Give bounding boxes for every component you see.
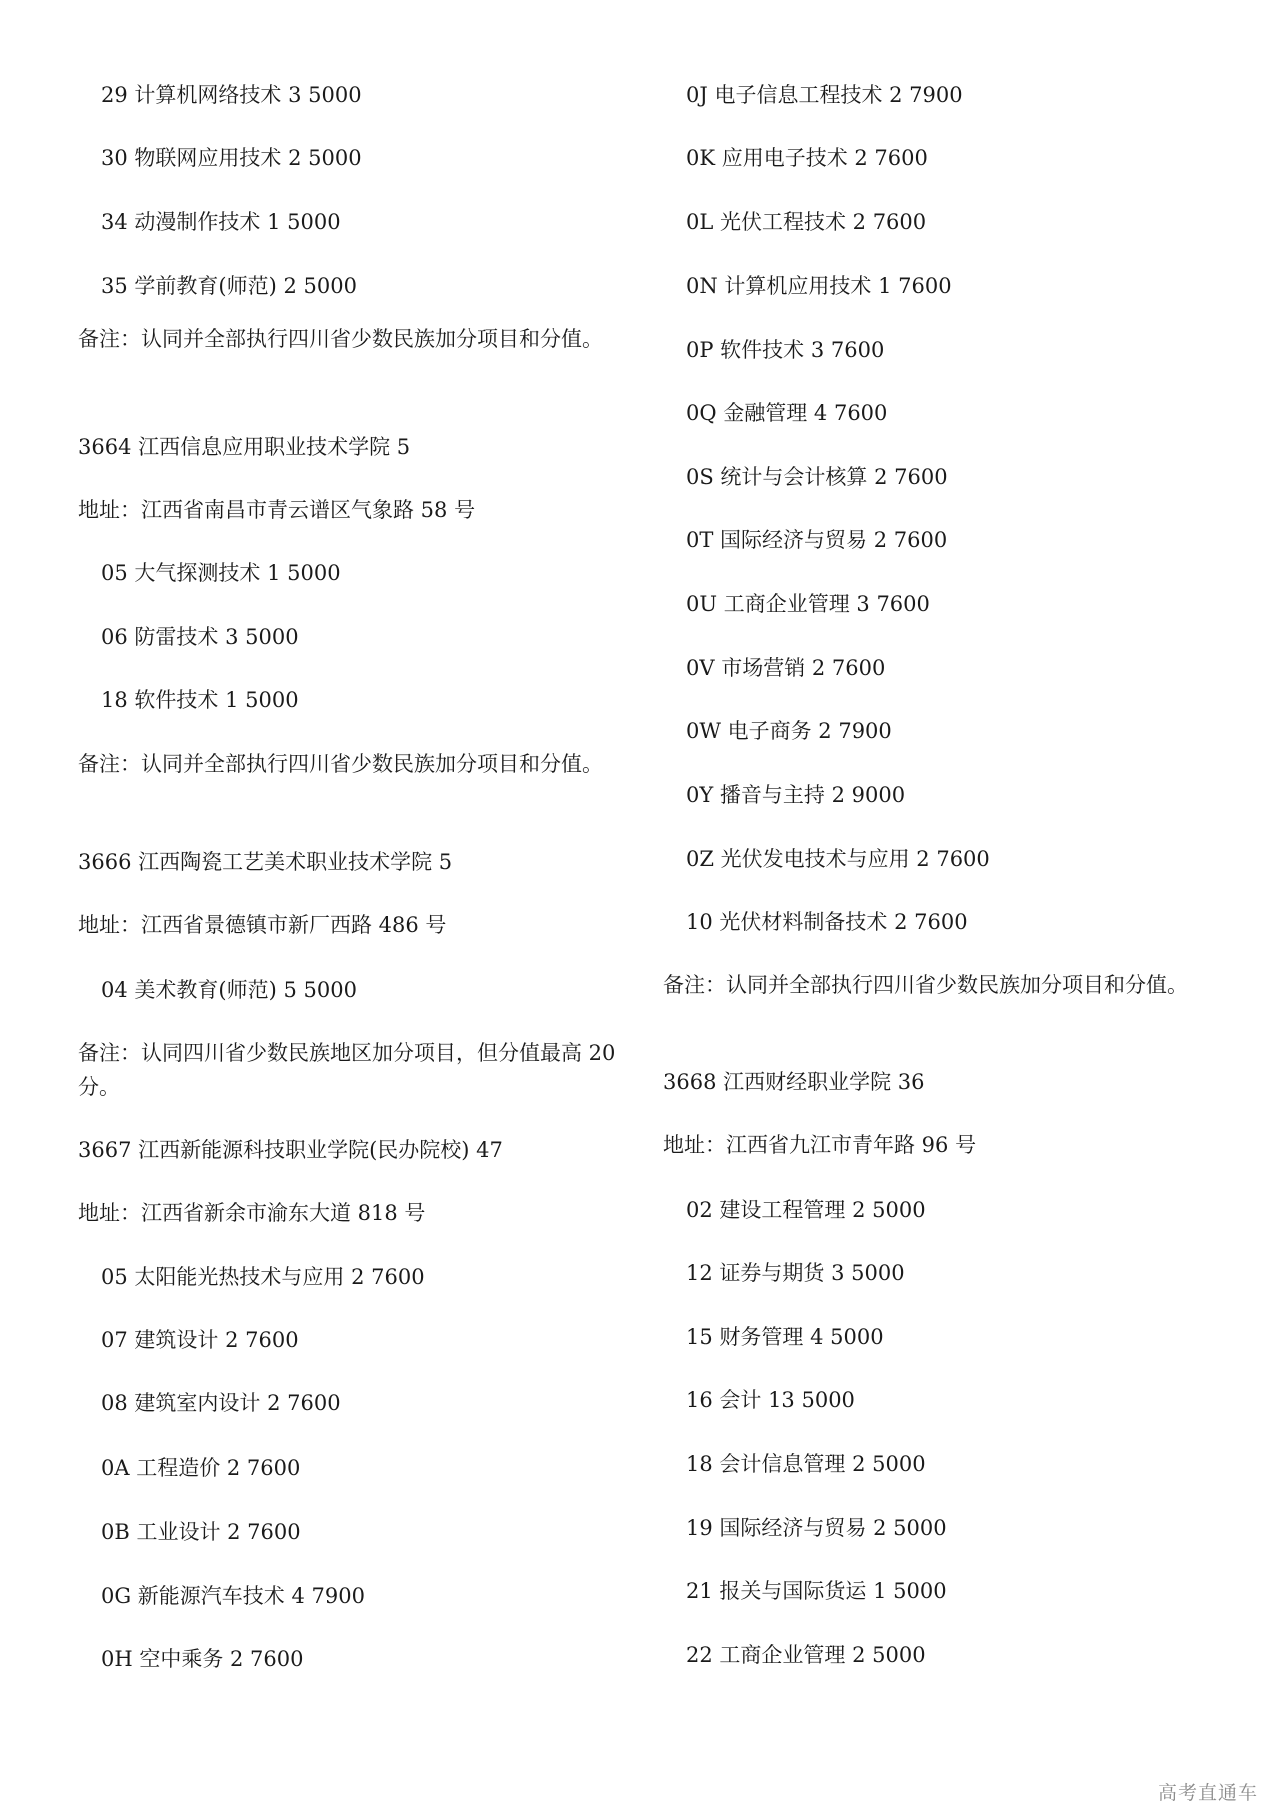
major-entry: 0Z 光伏发电技术与应用 2 7600 — [686, 844, 990, 874]
school-heading: 3664 江西信息应用职业技术学院 5 — [78, 432, 410, 462]
major-entry: 08 建筑室内设计 2 7600 — [101, 1388, 341, 1418]
major-entry: 12 证券与期货 3 5000 — [686, 1258, 905, 1288]
major-entry: 06 防雷技术 3 5000 — [101, 622, 299, 652]
major-entry: 07 建筑设计 2 7600 — [101, 1325, 299, 1355]
major-entry: 0L 光伏工程技术 2 7600 — [686, 207, 926, 237]
school-address: 地址：江西省南昌市青云谱区气象路 58 号 — [78, 495, 475, 525]
major-entry: 05 大气探测技术 1 5000 — [101, 558, 341, 588]
school-address: 地址：江西省新余市渝东大道 818 号 — [78, 1198, 425, 1228]
school-address: 地址：江西省景德镇市新厂西路 486 号 — [78, 910, 446, 940]
major-entry: 02 建设工程管理 2 5000 — [686, 1195, 926, 1225]
remark-note: 备注：认同四川省少数民族地区加分项目，但分值最高 20 分。 — [78, 1036, 623, 1104]
remark-note: 备注：认同并全部执行四川省少数民族加分项目和分值。 — [663, 968, 1208, 1002]
major-entry: 10 光伏材料制备技术 2 7600 — [686, 907, 968, 937]
school-heading: 3667 江西新能源科技职业学院(民办院校) 47 — [78, 1135, 503, 1165]
remark-note: 备注：认同并全部执行四川省少数民族加分项目和分值。 — [78, 747, 623, 781]
major-entry: 21 报关与国际货运 1 5000 — [686, 1576, 947, 1606]
major-entry: 0S 统计与会计核算 2 7600 — [686, 462, 948, 492]
watermark: 高考直通车 — [1158, 1778, 1258, 1805]
major-entry: 0U 工商企业管理 3 7600 — [686, 589, 930, 619]
major-entry: 0P 软件技术 3 7600 — [686, 335, 884, 365]
major-entry: 18 软件技术 1 5000 — [101, 685, 299, 715]
major-entry: 34 动漫制作技术 1 5000 — [101, 207, 341, 237]
major-entry: 0B 工业设计 2 7600 — [101, 1517, 301, 1547]
major-entry: 19 国际经济与贸易 2 5000 — [686, 1513, 947, 1543]
major-entry: 0T 国际经济与贸易 2 7600 — [686, 525, 947, 555]
major-entry: 0V 市场营销 2 7600 — [686, 653, 885, 683]
major-entry: 30 物联网应用技术 2 5000 — [101, 143, 362, 173]
major-entry: 0G 新能源汽车技术 4 7900 — [101, 1581, 365, 1611]
major-entry: 0H 空中乘务 2 7600 — [101, 1644, 304, 1674]
major-entry: 0A 工程造价 2 7600 — [101, 1453, 300, 1483]
school-heading: 3668 江西财经职业学院 36 — [663, 1067, 925, 1097]
major-entry: 0N 计算机应用技术 1 7600 — [686, 271, 952, 301]
major-entry: 0W 电子商务 2 7900 — [686, 716, 892, 746]
major-entry: 0Y 播音与主持 2 9000 — [686, 780, 905, 810]
major-entry: 04 美术教育(师范) 5 5000 — [101, 975, 357, 1005]
major-entry: 16 会计 13 5000 — [686, 1385, 855, 1415]
school-heading: 3666 江西陶瓷工艺美术职业技术学院 5 — [78, 847, 452, 877]
major-entry: 29 计算机网络技术 3 5000 — [101, 80, 362, 110]
major-entry: 18 会计信息管理 2 5000 — [686, 1449, 926, 1479]
major-entry: 15 财务管理 4 5000 — [686, 1322, 884, 1352]
major-entry: 05 太阳能光热技术与应用 2 7600 — [101, 1262, 425, 1292]
major-entry: 0K 应用电子技术 2 7600 — [686, 143, 928, 173]
major-entry: 0J 电子信息工程技术 2 7900 — [686, 80, 963, 110]
major-entry: 22 工商企业管理 2 5000 — [686, 1640, 926, 1670]
school-address: 地址：江西省九江市青年路 96 号 — [663, 1130, 976, 1160]
major-entry: 35 学前教育(师范) 2 5000 — [101, 271, 357, 301]
remark-note: 备注：认同并全部执行四川省少数民族加分项目和分值。 — [78, 322, 623, 356]
major-entry: 0Q 金融管理 4 7600 — [686, 398, 887, 428]
